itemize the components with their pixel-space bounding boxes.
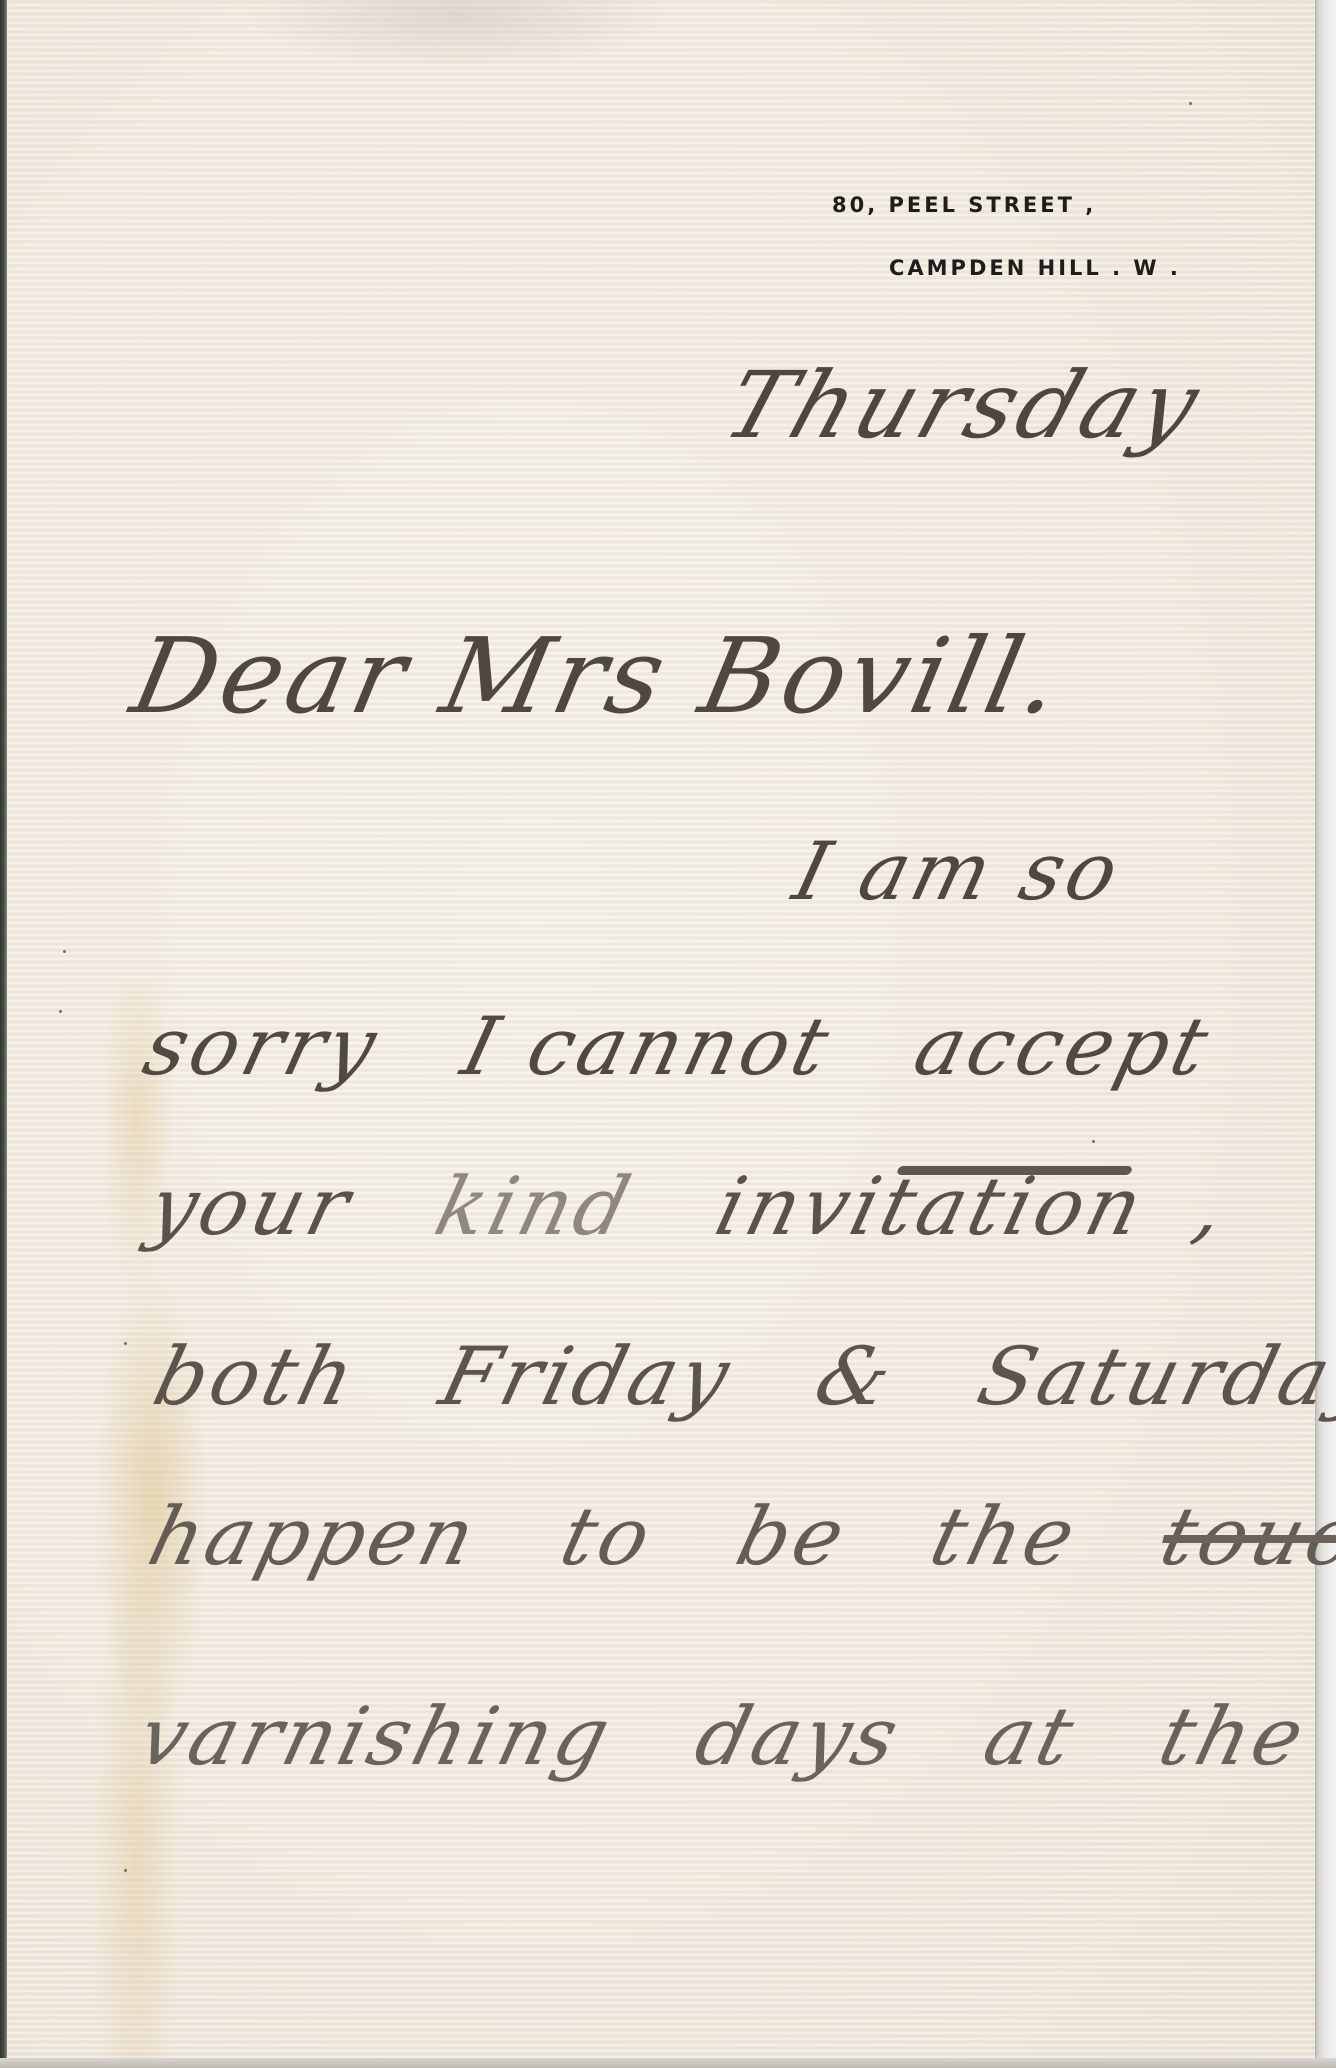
body-line-1: I am so <box>785 825 1189 918</box>
body-line-5: happen to be the touching <box>140 1490 1336 1583</box>
letterhead-district: CAMPDEN HILL . W . <box>889 256 1181 280</box>
body-line-2: sorry I cannot accept <box>135 1000 1279 1093</box>
body-word: varnishing <box>130 1690 622 1783</box>
body-word: sorry <box>135 1000 389 1093</box>
body-word: both <box>145 1330 367 1423</box>
body-line-6: varnishing days at the <box>130 1690 1336 1783</box>
fold-shadow <box>247 0 667 70</box>
body-word: Saturday <box>969 1330 1336 1423</box>
body-word: accept <box>906 1000 1221 1093</box>
body-word: days <box>687 1690 911 1783</box>
letter-date: Thursday <box>712 352 1216 459</box>
body-word: happen <box>140 1490 488 1583</box>
letter-salutation: Dear Mrs Bovill. <box>122 615 1075 737</box>
body-word: to <box>552 1490 664 1583</box>
body-word: the <box>1150 1690 1316 1783</box>
ink-speck <box>63 950 66 953</box>
body-word: the <box>922 1490 1088 1583</box>
ink-speck <box>1189 102 1192 105</box>
comma-mark: , <box>1185 1160 1238 1253</box>
body-word: I am so <box>785 825 1131 918</box>
body-line-3: your kind invitation , <box>140 1160 1296 1253</box>
scan-bottom-edge <box>0 2058 1336 2068</box>
body-word: Friday <box>431 1330 742 1423</box>
ink-speck <box>59 1010 62 1013</box>
body-word: be <box>728 1490 858 1583</box>
ink-speck <box>124 1869 127 1872</box>
body-word: & <box>806 1330 904 1423</box>
body-word: invitation <box>707 1160 1155 1253</box>
body-word: your <box>140 1160 362 1253</box>
body-line-4: both Friday & Saturday <box>145 1330 1336 1423</box>
scan-left-edge <box>0 0 7 2068</box>
ink-speck <box>124 1342 127 1345</box>
ink-speck <box>1092 1140 1095 1143</box>
faint-word: kind <box>427 1160 643 1253</box>
body-word: I cannot <box>453 1000 841 1093</box>
letterhead-street: 80, PEEL STREET , <box>832 193 1096 217</box>
struck-out-word: touching <box>1152 1490 1336 1583</box>
body-word: at <box>975 1690 1086 1783</box>
